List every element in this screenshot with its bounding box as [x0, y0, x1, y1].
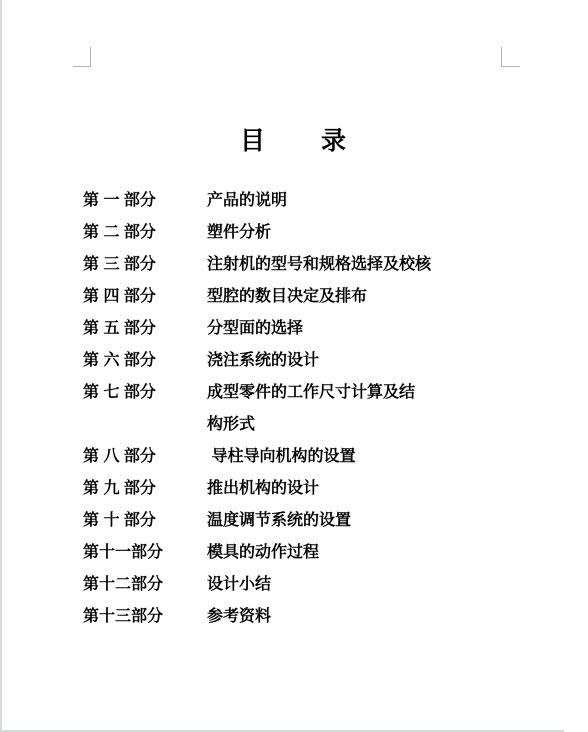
toc-entry-label: 第 五 部分 — [83, 313, 207, 345]
page-edge-left — [0, 0, 2, 732]
toc-entry-title: 参考资料 — [207, 601, 548, 633]
toc-entry: 第 三 部分 注射机的型号和规格选择及校核 — [83, 249, 548, 281]
document-page: 目 录 第 一 部分 产品的说明 第 二 部分 塑件分析 第 三 部分 注射机的… — [0, 0, 588, 732]
toc-entry: 第十二部分 设计小结 — [83, 569, 548, 601]
toc-entry-title: 浇注系统的设计 — [207, 345, 548, 377]
toc-entry: 第 四 部分 型腔的数目决定及排布 — [83, 281, 548, 313]
toc-entry: 第 十 部分 温度调节系统的设置 — [83, 505, 548, 537]
toc-entry-label: 第 二 部分 — [83, 217, 207, 249]
toc-entry-label: 第 八 部分 — [83, 441, 207, 473]
toc-entry: 第十一部分 模具的动作过程 — [83, 537, 548, 569]
toc-entry-title: 设计小结 — [207, 569, 548, 601]
crop-mark-top-left-vertical — [90, 47, 91, 67]
toc-entry-title: 导柱导向机构的设置 — [207, 441, 548, 473]
toc-entry-label: 第 一 部分 — [83, 185, 207, 217]
toc-entry-title: 产品的说明 — [207, 185, 548, 217]
toc-entry: 第十三部分 参考资料 — [83, 601, 548, 633]
toc-entry-label: 第 九 部分 — [83, 473, 207, 505]
toc-entry-label: 第 四 部分 — [83, 281, 207, 313]
toc-entry: 第 二 部分 塑件分析 — [83, 217, 548, 249]
toc-entry: 第 五 部分 分型面的选择 — [83, 313, 548, 345]
toc-entry-title: 分型面的选择 — [207, 313, 548, 345]
toc-entry-label: 第十三部分 — [83, 601, 207, 633]
toc-entry: 第 一 部分 产品的说明 — [83, 185, 548, 217]
toc-heading: 目 录 — [0, 126, 588, 156]
toc-entry-title: 推出机构的设计 — [207, 473, 548, 505]
toc-entry-title: 模具的动作过程 — [207, 537, 548, 569]
toc-entry-title: 塑件分析 — [207, 217, 548, 249]
toc-entry: 第 八 部分 导柱导向机构的设置 — [83, 441, 548, 473]
toc-entry-label: 第 三 部分 — [83, 249, 207, 281]
crop-mark-top-right-vertical — [501, 47, 502, 67]
toc-entry-label: 第 七 部分 — [83, 377, 207, 409]
toc-entry-title: 温度调节系统的设置 — [207, 505, 548, 537]
toc-entry-label: 第 十 部分 — [83, 505, 207, 537]
toc-entry: 第 七 部分 成型零件的工作尺寸计算及结 — [83, 377, 548, 409]
toc-entry: 第 九 部分 推出机构的设计 — [83, 473, 548, 505]
toc-entry-title: 成型零件的工作尺寸计算及结 — [207, 377, 548, 409]
toc-entry-label: 第十一部分 — [83, 537, 207, 569]
toc-entry: 构形式 — [83, 409, 548, 441]
toc-entry-title: 构形式 — [207, 409, 548, 441]
toc-entry: 第 六 部分 浇注系统的设计 — [83, 345, 548, 377]
crop-mark-top-left-horizontal — [73, 66, 91, 67]
toc-entry-title: 型腔的数目决定及排布 — [207, 281, 548, 313]
crop-mark-top-right-horizontal — [502, 66, 520, 67]
toc-entry-label: 第 六 部分 — [83, 345, 207, 377]
toc-list: 第 一 部分 产品的说明 第 二 部分 塑件分析 第 三 部分 注射机的型号和规… — [83, 185, 548, 633]
toc-entry-label: 第十二部分 — [83, 569, 207, 601]
toc-entry-title: 注射机的型号和规格选择及校核 — [207, 249, 548, 281]
